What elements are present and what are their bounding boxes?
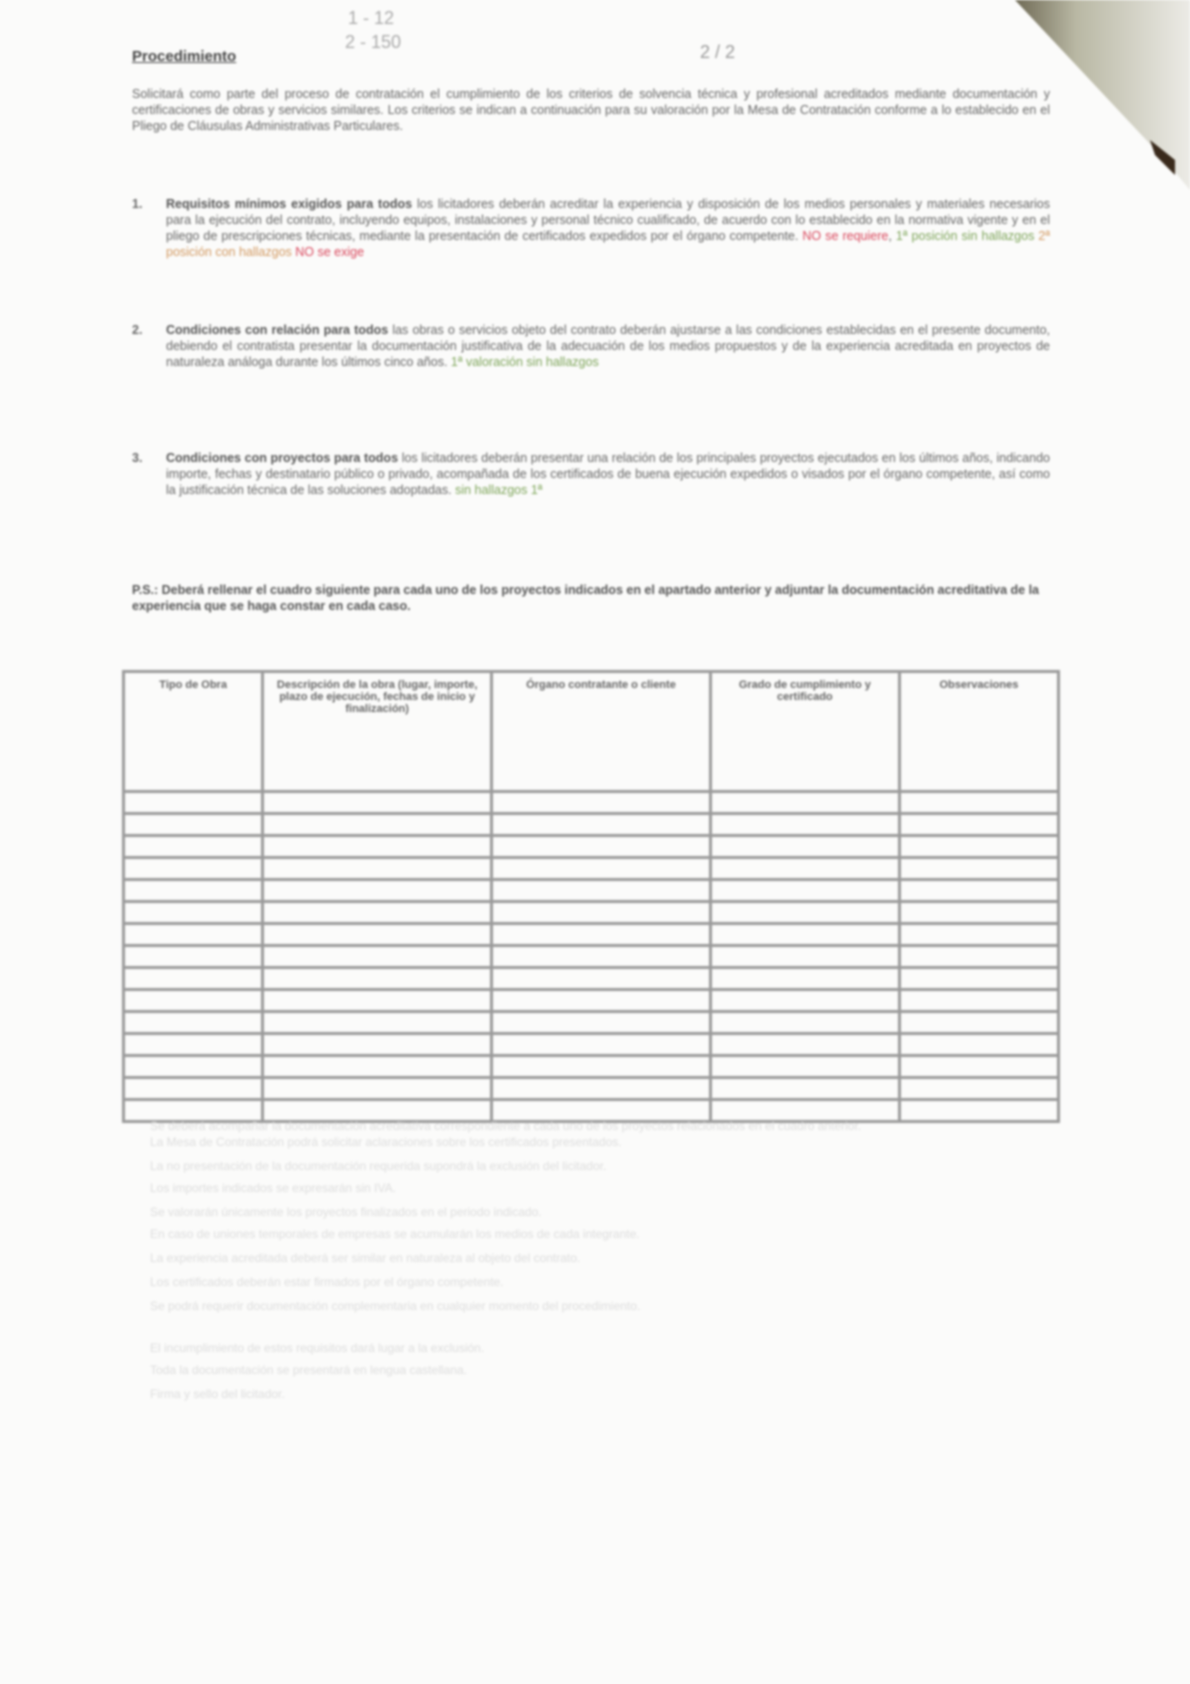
table-cell[interactable]	[492, 1034, 711, 1056]
table-cell[interactable]	[124, 1078, 263, 1100]
table-cell[interactable]	[899, 1034, 1058, 1056]
column-header: Tipo de Obra	[124, 672, 263, 792]
table-cell[interactable]	[124, 836, 263, 858]
table-cell[interactable]	[492, 902, 711, 924]
bleed-through-line: Los importes indicados se expresarán sin…	[150, 1180, 1050, 1196]
table-cell[interactable]	[899, 880, 1058, 902]
table-cell[interactable]	[710, 836, 899, 858]
table-cell[interactable]	[899, 924, 1058, 946]
bleed-through-line: La no presentación de la documentación r…	[150, 1158, 1050, 1174]
bleed-through-line: En caso de uniones temporales de empresa…	[150, 1226, 1050, 1242]
table-cell[interactable]	[263, 858, 492, 880]
table-row	[124, 1078, 1059, 1100]
criterion-2: 2. Condiciones con relación para todos l…	[132, 322, 1050, 370]
criterion-number: 1.	[132, 196, 142, 212]
table-cell[interactable]	[263, 792, 492, 814]
bleed-through-line: El incumplimiento de estos requisitos da…	[150, 1340, 1050, 1356]
bleed-through-line: Se podrá requerir documentación compleme…	[150, 1298, 1050, 1314]
table-cell[interactable]	[263, 968, 492, 990]
table-cell[interactable]	[492, 968, 711, 990]
table-instruction: P.S.: Deberá rellenar el cuadro siguient…	[132, 582, 1050, 614]
table-row	[124, 902, 1059, 924]
highlight-red: NO se exige	[295, 245, 364, 259]
table-cell[interactable]	[263, 902, 492, 924]
table-cell[interactable]	[263, 1012, 492, 1034]
highlight-red: NO se requiere	[802, 229, 888, 243]
table-cell[interactable]	[124, 902, 263, 924]
table-cell[interactable]	[124, 1034, 263, 1056]
table-cell[interactable]	[492, 1012, 711, 1034]
bleed-through-line: Los certificados deberán estar firmados …	[150, 1274, 1050, 1290]
table-cell[interactable]	[492, 858, 711, 880]
table-cell[interactable]	[710, 814, 899, 836]
criterion-3: 3. Condiciones con proyectos para todos …	[132, 450, 1050, 498]
table-cell[interactable]	[710, 1056, 899, 1078]
table-row	[124, 880, 1059, 902]
criterion-number: 2.	[132, 322, 142, 338]
table-cell[interactable]	[492, 924, 711, 946]
table-cell[interactable]	[492, 814, 711, 836]
table-cell[interactable]	[492, 1078, 711, 1100]
table-cell[interactable]	[492, 1056, 711, 1078]
table-cell[interactable]	[263, 836, 492, 858]
table-row	[124, 814, 1059, 836]
column-header: Órgano contratante o cliente	[492, 672, 711, 792]
table-cell[interactable]	[899, 1078, 1058, 1100]
bleed-through-line: Toda la documentación se presentará en l…	[150, 1362, 1050, 1378]
bleed-through-line: Firma y sello del licitador.	[150, 1386, 1050, 1402]
table-row	[124, 968, 1059, 990]
table-cell[interactable]	[124, 968, 263, 990]
table-cell[interactable]	[899, 792, 1058, 814]
table-cell[interactable]	[124, 814, 263, 836]
table-cell[interactable]	[899, 814, 1058, 836]
table-cell[interactable]	[899, 902, 1058, 924]
criterion-heading: Condiciones con relación para todos	[166, 323, 388, 337]
handwritten-mark: 2 / 2	[700, 42, 735, 63]
column-header: Grado de cumplimiento y certificado	[710, 672, 899, 792]
table-cell[interactable]	[124, 990, 263, 1012]
highlight-green: sin hallazgos	[455, 483, 527, 497]
table-row	[124, 792, 1059, 814]
highlight-green: 1ª posición sin hallazgos	[896, 229, 1034, 243]
bleed-through-line: Se valorarán únicamente los proyectos fi…	[150, 1204, 1050, 1220]
table-cell[interactable]	[492, 792, 711, 814]
page-corner-curl-icon	[940, 0, 1190, 190]
table-cell[interactable]	[710, 1034, 899, 1056]
table-row	[124, 946, 1059, 968]
table-cell[interactable]	[899, 858, 1058, 880]
table-cell[interactable]	[899, 968, 1058, 990]
table-row	[124, 990, 1059, 1012]
table-cell[interactable]	[124, 792, 263, 814]
table-cell[interactable]	[899, 1012, 1058, 1034]
bleed-through-line: La Mesa de Contratación podrá solicitar …	[150, 1134, 1050, 1150]
table-cell[interactable]	[263, 924, 492, 946]
table-cell[interactable]	[263, 814, 492, 836]
table-cell[interactable]	[124, 858, 263, 880]
table-cell[interactable]	[899, 990, 1058, 1012]
table-cell[interactable]	[124, 946, 263, 968]
table-cell[interactable]	[263, 1034, 492, 1056]
table-cell[interactable]	[710, 1012, 899, 1034]
table-cell[interactable]	[710, 902, 899, 924]
table-cell[interactable]	[710, 792, 899, 814]
table-cell[interactable]	[124, 924, 263, 946]
scanned-page: 1 - 12 2 - 150 2 / 2 Procedimiento Solic…	[0, 0, 1190, 1684]
table-cell[interactable]	[710, 1078, 899, 1100]
table-row	[124, 836, 1059, 858]
table-cell[interactable]	[124, 880, 263, 902]
table-cell[interactable]	[710, 880, 899, 902]
table-cell[interactable]	[124, 1012, 263, 1034]
handwritten-mark: 1 - 12	[348, 8, 394, 29]
table-row	[124, 1034, 1059, 1056]
table-cell[interactable]	[124, 1056, 263, 1078]
table-cell[interactable]	[710, 858, 899, 880]
table-cell[interactable]	[899, 836, 1058, 858]
table-header-row: Tipo de Obra Descripción de la obra (lug…	[124, 672, 1059, 792]
handwritten-mark: 2 - 150	[345, 32, 401, 53]
table-cell[interactable]	[710, 924, 899, 946]
table-cell[interactable]	[710, 968, 899, 990]
highlight-green: 1ª	[531, 483, 543, 497]
table-cell[interactable]	[263, 1056, 492, 1078]
table-cell[interactable]	[899, 1056, 1058, 1078]
table-row	[124, 858, 1059, 880]
table-row	[124, 924, 1059, 946]
table-cell[interactable]	[710, 946, 899, 968]
section-title: Procedimiento	[132, 48, 236, 65]
highlight-green: 1ª valoración sin hallazgos	[451, 355, 599, 369]
table-cell[interactable]	[492, 990, 711, 1012]
table-cell[interactable]	[263, 1078, 492, 1100]
column-header: Descripción de la obra (lugar, importe, …	[263, 672, 492, 792]
intro-paragraph: Solicitará como parte del proceso de con…	[132, 86, 1050, 134]
table-cell[interactable]	[492, 946, 711, 968]
bleed-through-line: Se deberá acompañar la documentación acr…	[150, 1118, 1050, 1134]
column-header: Observaciones	[899, 672, 1058, 792]
criterion-1: 1. Requisitos mínimos exigidos para todo…	[132, 196, 1050, 260]
table-cell[interactable]	[263, 946, 492, 968]
criterion-number: 3.	[132, 450, 142, 466]
table-cell[interactable]	[263, 990, 492, 1012]
table-cell[interactable]	[492, 836, 711, 858]
bleed-through-line: La experiencia acreditada deberá ser sim…	[150, 1250, 1050, 1266]
criterion-heading: Condiciones con proyectos para todos	[166, 451, 398, 465]
table-cell[interactable]	[710, 990, 899, 1012]
table-row	[124, 1012, 1059, 1034]
table-cell[interactable]	[492, 880, 711, 902]
table-cell[interactable]	[899, 946, 1058, 968]
projects-table: Tipo de Obra Descripción de la obra (lug…	[122, 670, 1060, 1123]
table-row	[124, 1056, 1059, 1078]
criterion-heading: Requisitos mínimos exigidos para todos	[166, 197, 412, 211]
table-cell[interactable]	[263, 880, 492, 902]
table-body	[124, 792, 1059, 1122]
